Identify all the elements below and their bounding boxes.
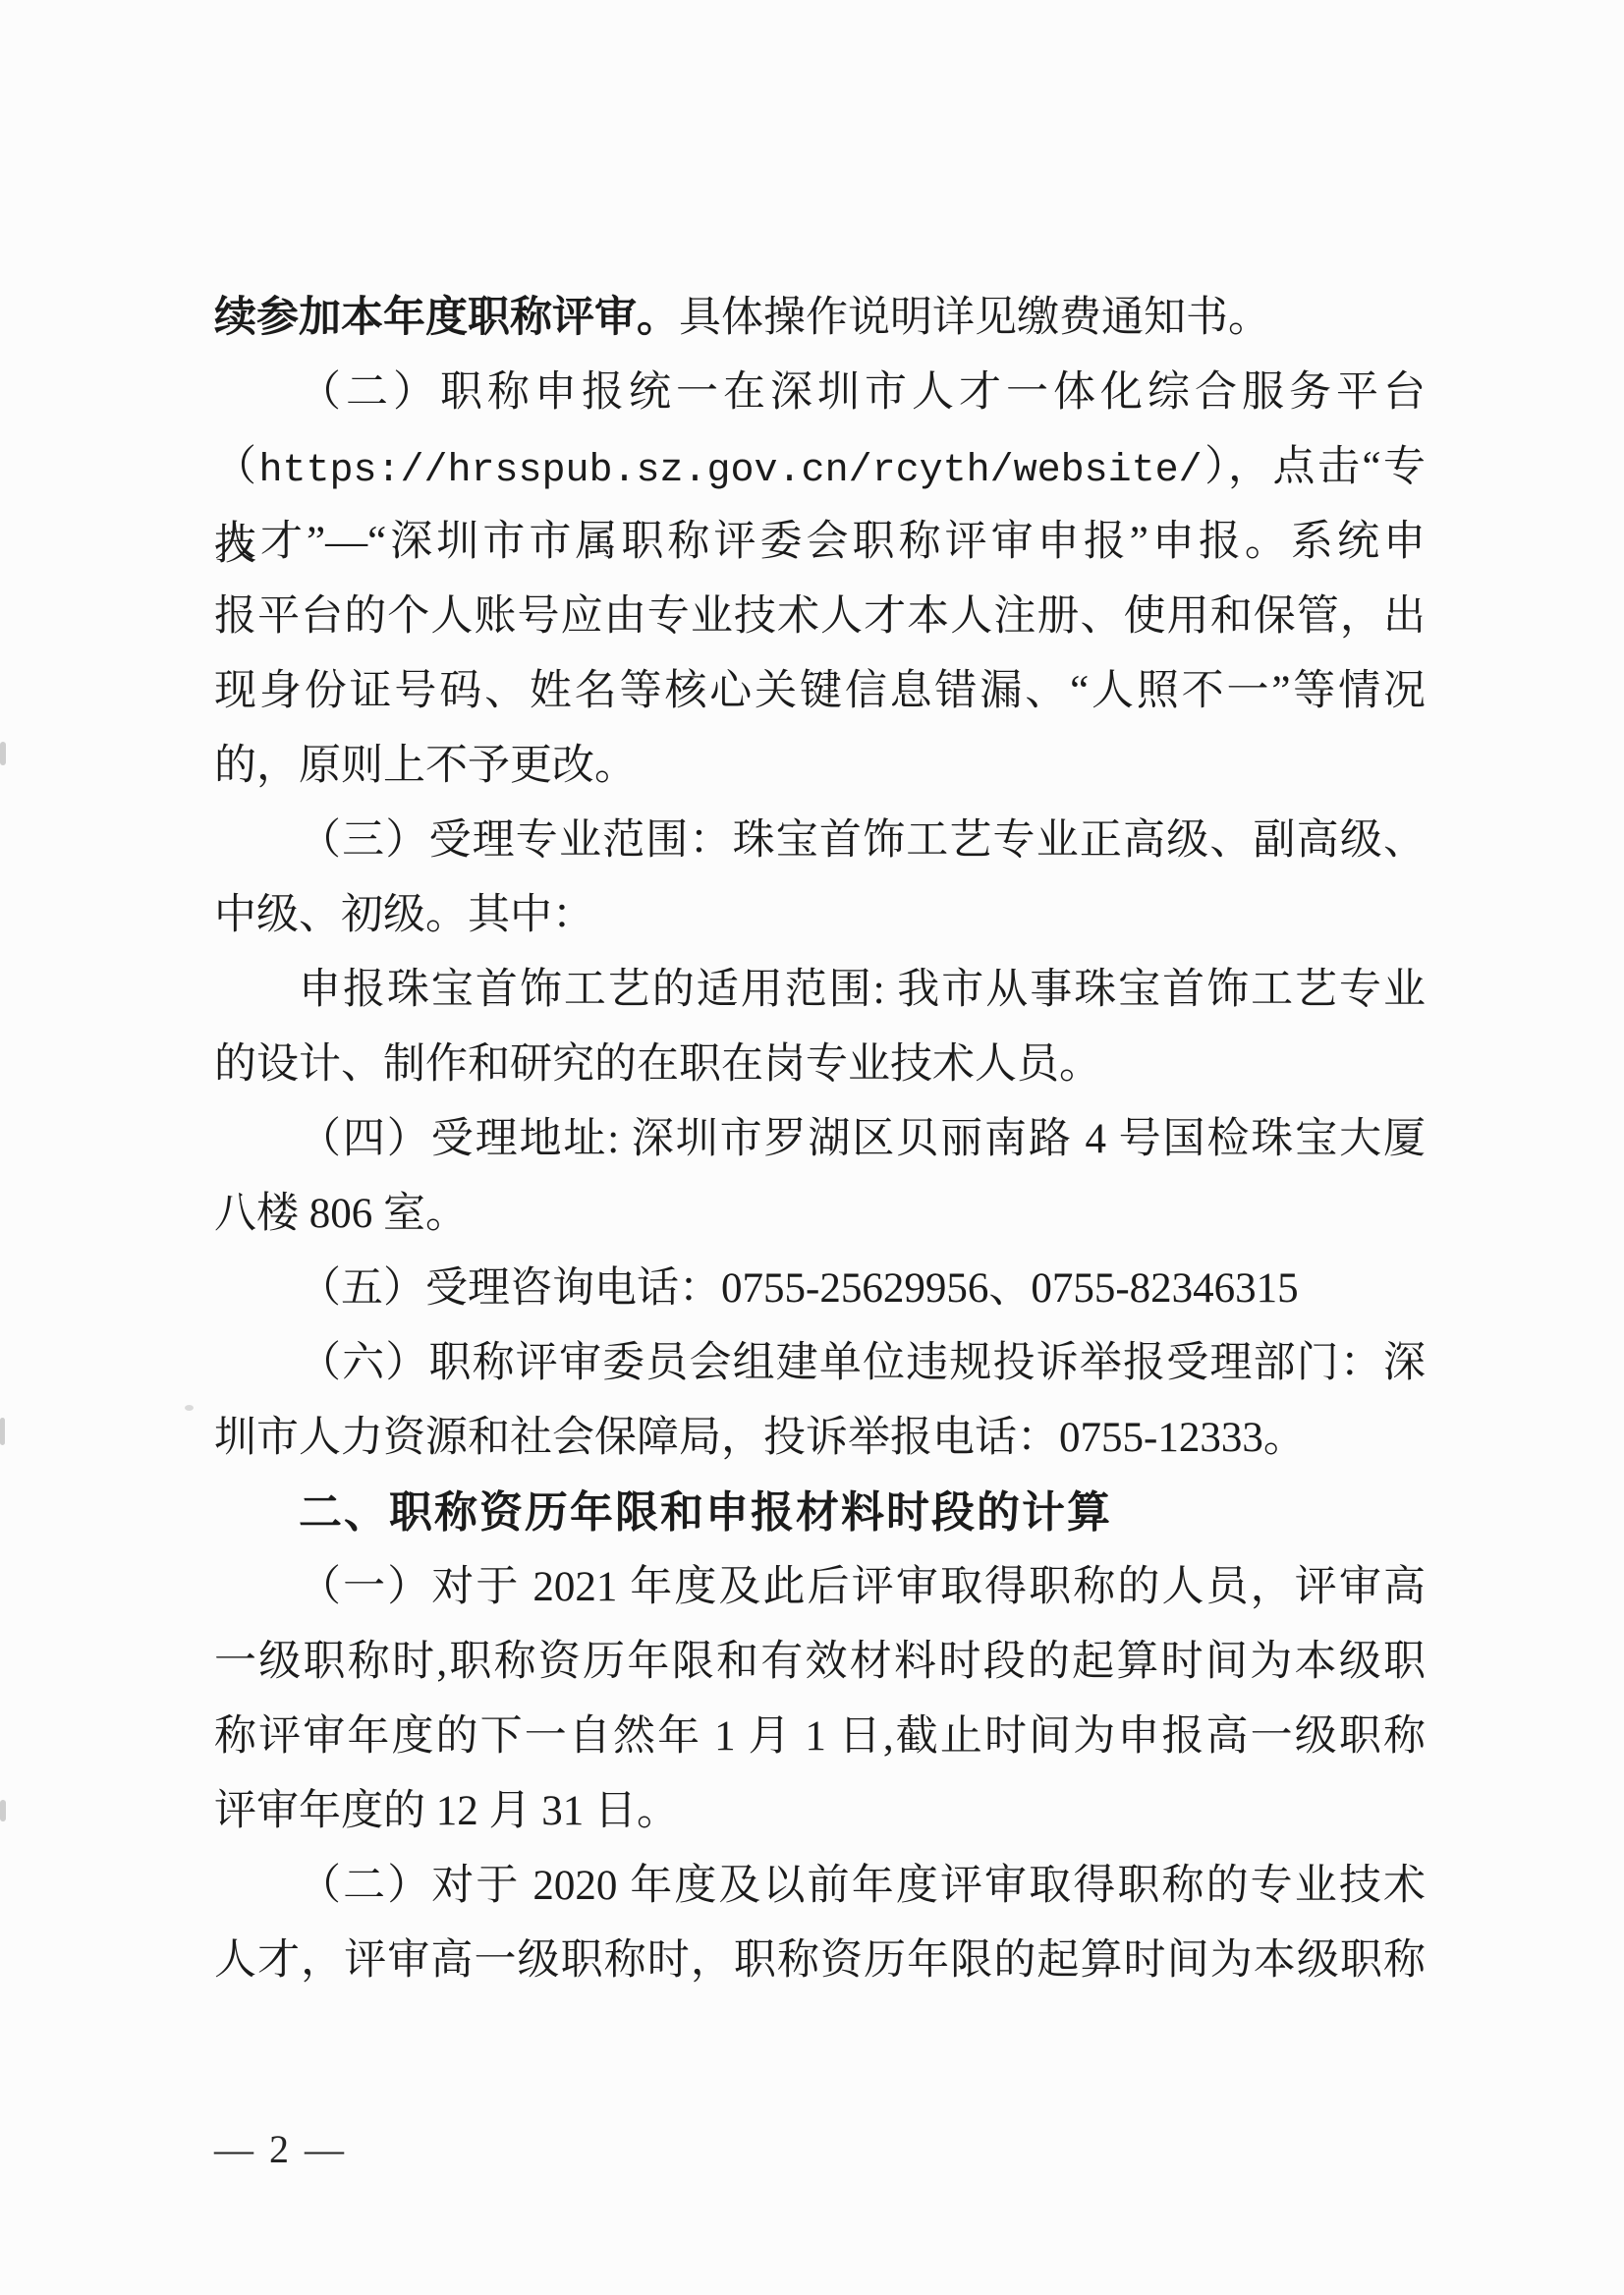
scan-artifact [0, 1800, 6, 1821]
scan-artifact [0, 1418, 5, 1445]
text-line: 续参加本年度职称评审。具体操作说明详见缴费通知书。 [214, 281, 1426, 356]
text-segment: （二）职称申报统一在深圳市人才一体化综合服务平台 [299, 369, 1426, 416]
text-line: 评审年度的 12 月 31 日。 [214, 1774, 1426, 1849]
text-segment: 申报珠宝首饰工艺的适用范围: 我市从事珠宝首饰工艺专业 [299, 967, 1426, 1013]
text-segment: 的，原则上不予更改。 [214, 743, 637, 789]
text-line: 中级、初级。其中： [214, 878, 1426, 953]
text-segment: 中级、初级。其中： [214, 892, 594, 938]
text-segment: 人才，评审高一级职称时，职称资历年限的起算时间为本级职称 [214, 1937, 1426, 1984]
text-segment: （四）受理地址: 深圳市罗湖区贝丽南路 4 号国检珠宝大厦 [299, 1116, 1426, 1162]
text-line: （二）职称申报统一在深圳市人才一体化综合服务平台 [214, 356, 1426, 430]
text-line: （五）受理咨询电话：0755-25629956、0755-82346315 [214, 1252, 1426, 1326]
text-segment: 二、职称资历年限和申报材料时段的计算 [299, 1487, 1112, 1538]
page-number: — 2 — [214, 2120, 347, 2179]
text-segment: 具体操作说明详见缴费通知书。 [679, 295, 1270, 341]
text-line: 圳市人力资源和社会保障局，投诉举报电话：0755-12333。 [214, 1401, 1426, 1476]
text-line: （六）职称评审委员会组建单位违规投诉举报受理部门：深 [214, 1326, 1426, 1401]
text-segment: 现身份证号码、姓名等核心关键信息错漏、“人照不一”等情况 [214, 668, 1426, 714]
text-segment: （三）受理专业范围：珠宝首饰工艺专业正高级、副高级、 [299, 817, 1426, 864]
text-line: （https://hrsspub.sz.gov.cn/rcyth/website… [214, 430, 1426, 505]
text-segment: 续参加本年度职称评审。 [214, 295, 679, 341]
text-segment: （六）职称评审委员会组建单位违规投诉举报受理部门：深 [299, 1340, 1426, 1386]
text-segment: （二）对于 2020 年度及以前年度评审取得职称的专业技术 [299, 1863, 1426, 1909]
text-line: 称评审年度的下一自然年 1 月 1 日,截止时间为申报高一级职称 [214, 1700, 1426, 1774]
text-segment: 圳市人力资源和社会保障局，投诉举报电话：0755-12333。 [214, 1415, 1306, 1461]
text-segment: 称评审年度的下一自然年 1 月 1 日,截止时间为申报高一级职称 [214, 1713, 1426, 1760]
text-line: （二）对于 2020 年度及以前年度评审取得职称的专业技术 [214, 1849, 1426, 1924]
text-segment: 评审年度的 12 月 31 日。 [214, 1788, 679, 1834]
text-line: 一级职称时,职称资历年限和有效材料时段的起算时间为本级职 [214, 1625, 1426, 1700]
text-segment: 的设计、制作和研究的在职在岗专业技术人员。 [214, 1041, 1101, 1088]
scan-artifact [185, 1405, 194, 1411]
scan-artifact [0, 742, 6, 765]
text-line: （一）对于 2021 年度及此后评审取得职称的人员，评审高 [214, 1550, 1426, 1625]
section-heading: 二、职称资历年限和申报材料时段的计算 [214, 1476, 1426, 1550]
document-body: 续参加本年度职称评审。具体操作说明详见缴费通知书。（二）职称申报统一在深圳市人才… [214, 281, 1426, 1998]
text-line: 人才，评审高一级职称时，职称资历年限的起算时间为本级职称 [214, 1924, 1426, 1998]
text-line: 八楼 806 室。 [214, 1177, 1426, 1252]
text-line: （三）受理专业范围：珠宝首饰工艺专业正高级、副高级、 [214, 804, 1426, 878]
text-line: 报平台的个人账号应由专业技术人才本人注册、使用和保管，出 [214, 580, 1426, 654]
text-line: 现身份证号码、姓名等核心关键信息错漏、“人照不一”等情况 [214, 654, 1426, 729]
url-text: https://hrsspub.sz.gov.cn/rcyth/website/ [258, 449, 1202, 493]
scanned-document-page: 续参加本年度职称评审。具体操作说明详见缴费通知书。（二）职称申报统一在深圳市人才… [0, 0, 1624, 2295]
text-segment: 八楼 806 室。 [214, 1191, 468, 1237]
text-line: 人才”—“深圳市市属职称评委会职称评审申报”申报。系统申 [214, 505, 1426, 580]
text-line: （四）受理地址: 深圳市罗湖区贝丽南路 4 号国检珠宝大厦 [214, 1102, 1426, 1177]
text-segment: （五）受理咨询电话：0755-25629956、0755-82346315 [299, 1265, 1299, 1312]
text-line: 的设计、制作和研究的在职在岗专业技术人员。 [214, 1028, 1426, 1102]
text-segment: 一级职称时,职称资历年限和有效材料时段的起算时间为本级职 [214, 1639, 1426, 1685]
text-segment: 人才”—“深圳市市属职称评委会职称评审申报”申报。系统申 [214, 519, 1426, 565]
text-segment: 报平台的个人账号应由专业技术人才本人注册、使用和保管，出 [214, 593, 1426, 640]
text-segment: （一）对于 2021 年度及此后评审取得职称的人员，评审高 [299, 1564, 1426, 1610]
text-segment: （ [214, 444, 258, 490]
text-line: 的，原则上不予更改。 [214, 729, 1426, 804]
text-line: 申报珠宝首饰工艺的适用范围: 我市从事珠宝首饰工艺专业 [214, 953, 1426, 1028]
